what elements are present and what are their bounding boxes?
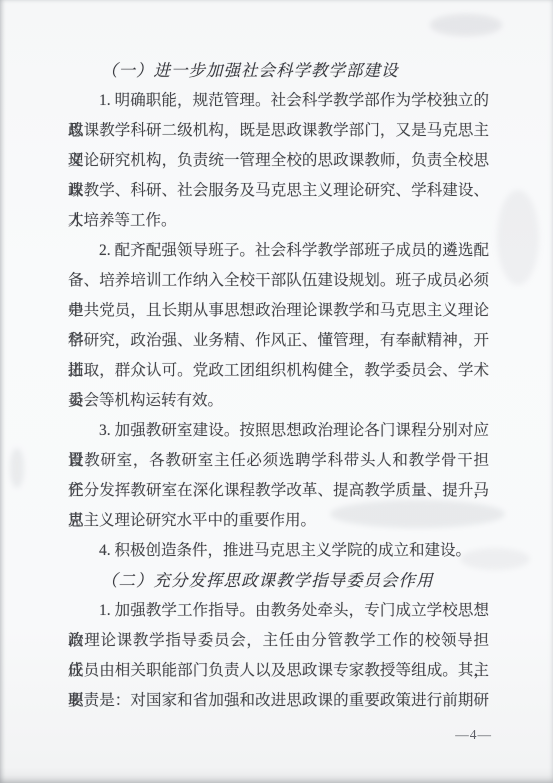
text-line: 3. 加强教研室建设。按照思想政治理论各门课程分别对应设 [68, 416, 489, 446]
text-line: 才培养等工作。 [68, 206, 489, 236]
document-page: （一）进一步加强社会科学教学部建设 1. 明确职能，规范管理。社会科学教学部作为… [0, 0, 553, 783]
text-line: 理论研究机构，负责统一管理全校的思政课教师，负责全校思政 [68, 146, 489, 176]
text-line: 科研究，政治强、业务精、作风正、懂管理，有奉献精神，开拓 [68, 326, 489, 356]
section-heading: （二）充分发挥思政课教学指导委员会作用 [68, 566, 489, 596]
text-line: 思主义理论研究水平中的重要作用。 [68, 506, 489, 536]
text-line: 员会等机构运转有效。 [68, 386, 489, 416]
text-line: 1. 明确职能，规范管理。社会科学教学部作为学校独立的思 [68, 86, 489, 116]
scan-artifact [430, 14, 502, 36]
text-line: 2. 配齐配强领导班子。社会科学教学部班子成员的遴选配 [68, 236, 489, 266]
text-line: 充分发挥教研室在深化课程教学改革、提高教学质量、提升马克 [68, 476, 489, 506]
text-line: 政课教学科研二级机构，既是思政课教学部门，又是马克思主义 [68, 116, 489, 146]
scan-artifact [497, 190, 539, 285]
document-text-block: （一）进一步加强社会科学教学部建设 1. 明确职能，规范管理。社会科学教学部作为… [68, 56, 489, 716]
page-number: —4— [455, 727, 492, 743]
text-line: 置教研室，各教研室主任必须选聘学科带头人和教学骨干担任， [68, 446, 489, 476]
scan-artifact [10, 448, 24, 488]
text-line: 课教学、科研、社会服务及马克思主义理论研究、学科建设、人 [68, 176, 489, 206]
text-line: 治理论课教学指导委员会，主任由分管教学工作的校领导担任， [68, 626, 489, 656]
section-heading: （一）进一步加强社会科学教学部建设 [68, 56, 489, 86]
text-line: 1. 加强教学工作指导。由教务处牵头，专门成立学校思想政 [68, 596, 489, 626]
text-line: 中共党员，且长期从事思想政治理论课教学和马克思主义理论学 [68, 296, 489, 326]
text-line: 4. 积极创造条件，推进马克思主义学院的成立和建设。 [68, 536, 489, 566]
text-line: 成员由相关职能部门负责人以及思政课专家教授等组成。其主要 [68, 656, 489, 686]
text-line: 备、培养培训工作纳入全校干部队伍建设规划。班子成员必须是 [68, 266, 489, 296]
text-line: 职责是：对国家和省加强和改进思政课的重要政策进行前期研 [68, 686, 489, 716]
text-line: 进取，群众认可。党政工团组织机构健全，教学委员会、学术委 [68, 356, 489, 386]
